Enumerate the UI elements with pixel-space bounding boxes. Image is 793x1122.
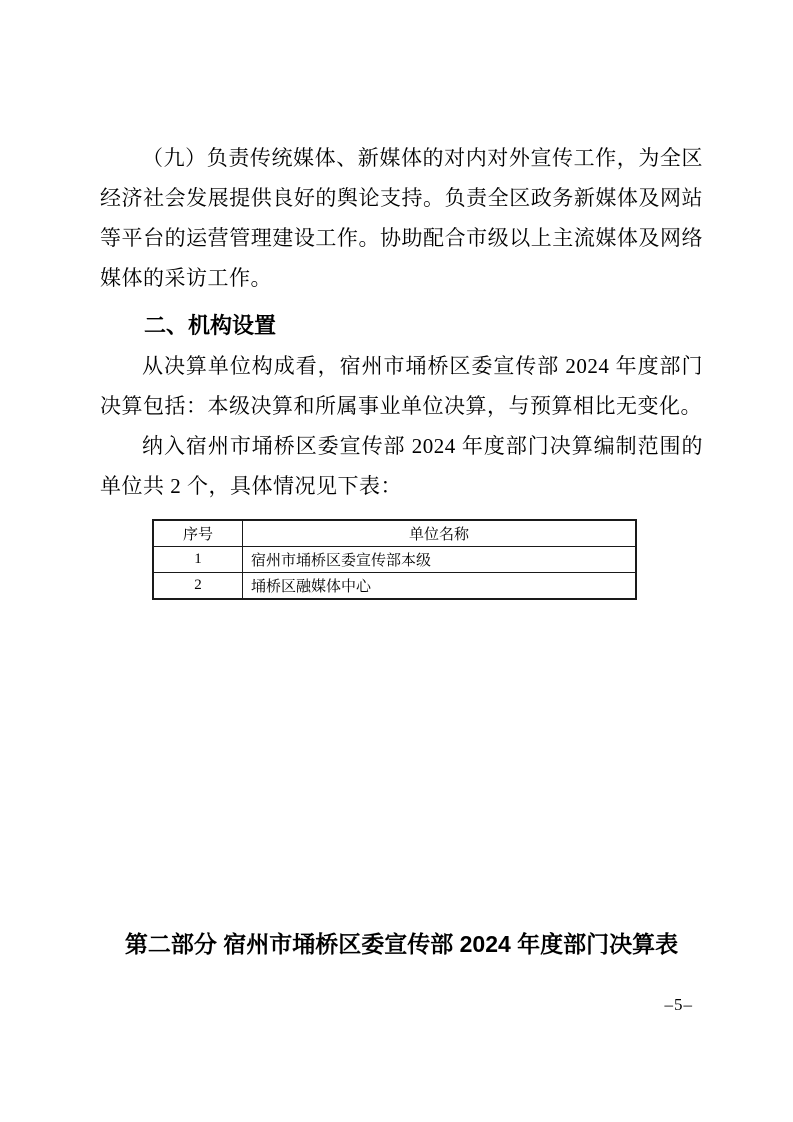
table-header-row: 序号 单位名称 [153,520,636,547]
part2-heading: 第二部分 宿州市埇桥区委宣传部 2024 年度部门决算表 [100,926,703,959]
paragraph-unit-scope: 纳入宿州市埇桥区委宣传部 2024 年度部门决算编制范围的单位共 2 个，具体情… [100,426,703,506]
table-row: 1 宿州市埇桥区委宣传部本级 [153,547,636,573]
section-heading-organization-setup: 二、机构设置 [100,306,703,346]
paragraph-unit-composition: 从决算单位构成看，宿州市埇桥区委宣传部 2024 年度部门决算包括：本级决算和所… [100,346,703,426]
table-header-unit-name: 单位名称 [243,520,637,547]
table-cell-index: 2 [153,573,243,600]
table-cell-unit-name: 宿州市埇桥区委宣传部本级 [243,547,637,573]
table-header-index: 序号 [153,520,243,547]
table-cell-unit-name: 埇桥区融媒体中心 [243,573,637,600]
paragraph-duty-9: （九）负责传统媒体、新媒体的对内对外宣传工作，为全区经济社会发展提供良好的舆论支… [100,138,703,298]
document-page: （九）负责传统媒体、新媒体的对内对外宣传工作，为全区经济社会发展提供良好的舆论支… [0,0,793,1122]
page-number: –5– [665,995,694,1015]
table-cell-index: 1 [153,547,243,573]
table-row: 2 埇桥区融媒体中心 [153,573,636,600]
page-body: （九）负责传统媒体、新媒体的对内对外宣传工作，为全区经济社会发展提供良好的舆论支… [100,138,703,600]
units-table: 序号 单位名称 1 宿州市埇桥区委宣传部本级 2 埇桥区融媒体中心 [152,519,637,600]
